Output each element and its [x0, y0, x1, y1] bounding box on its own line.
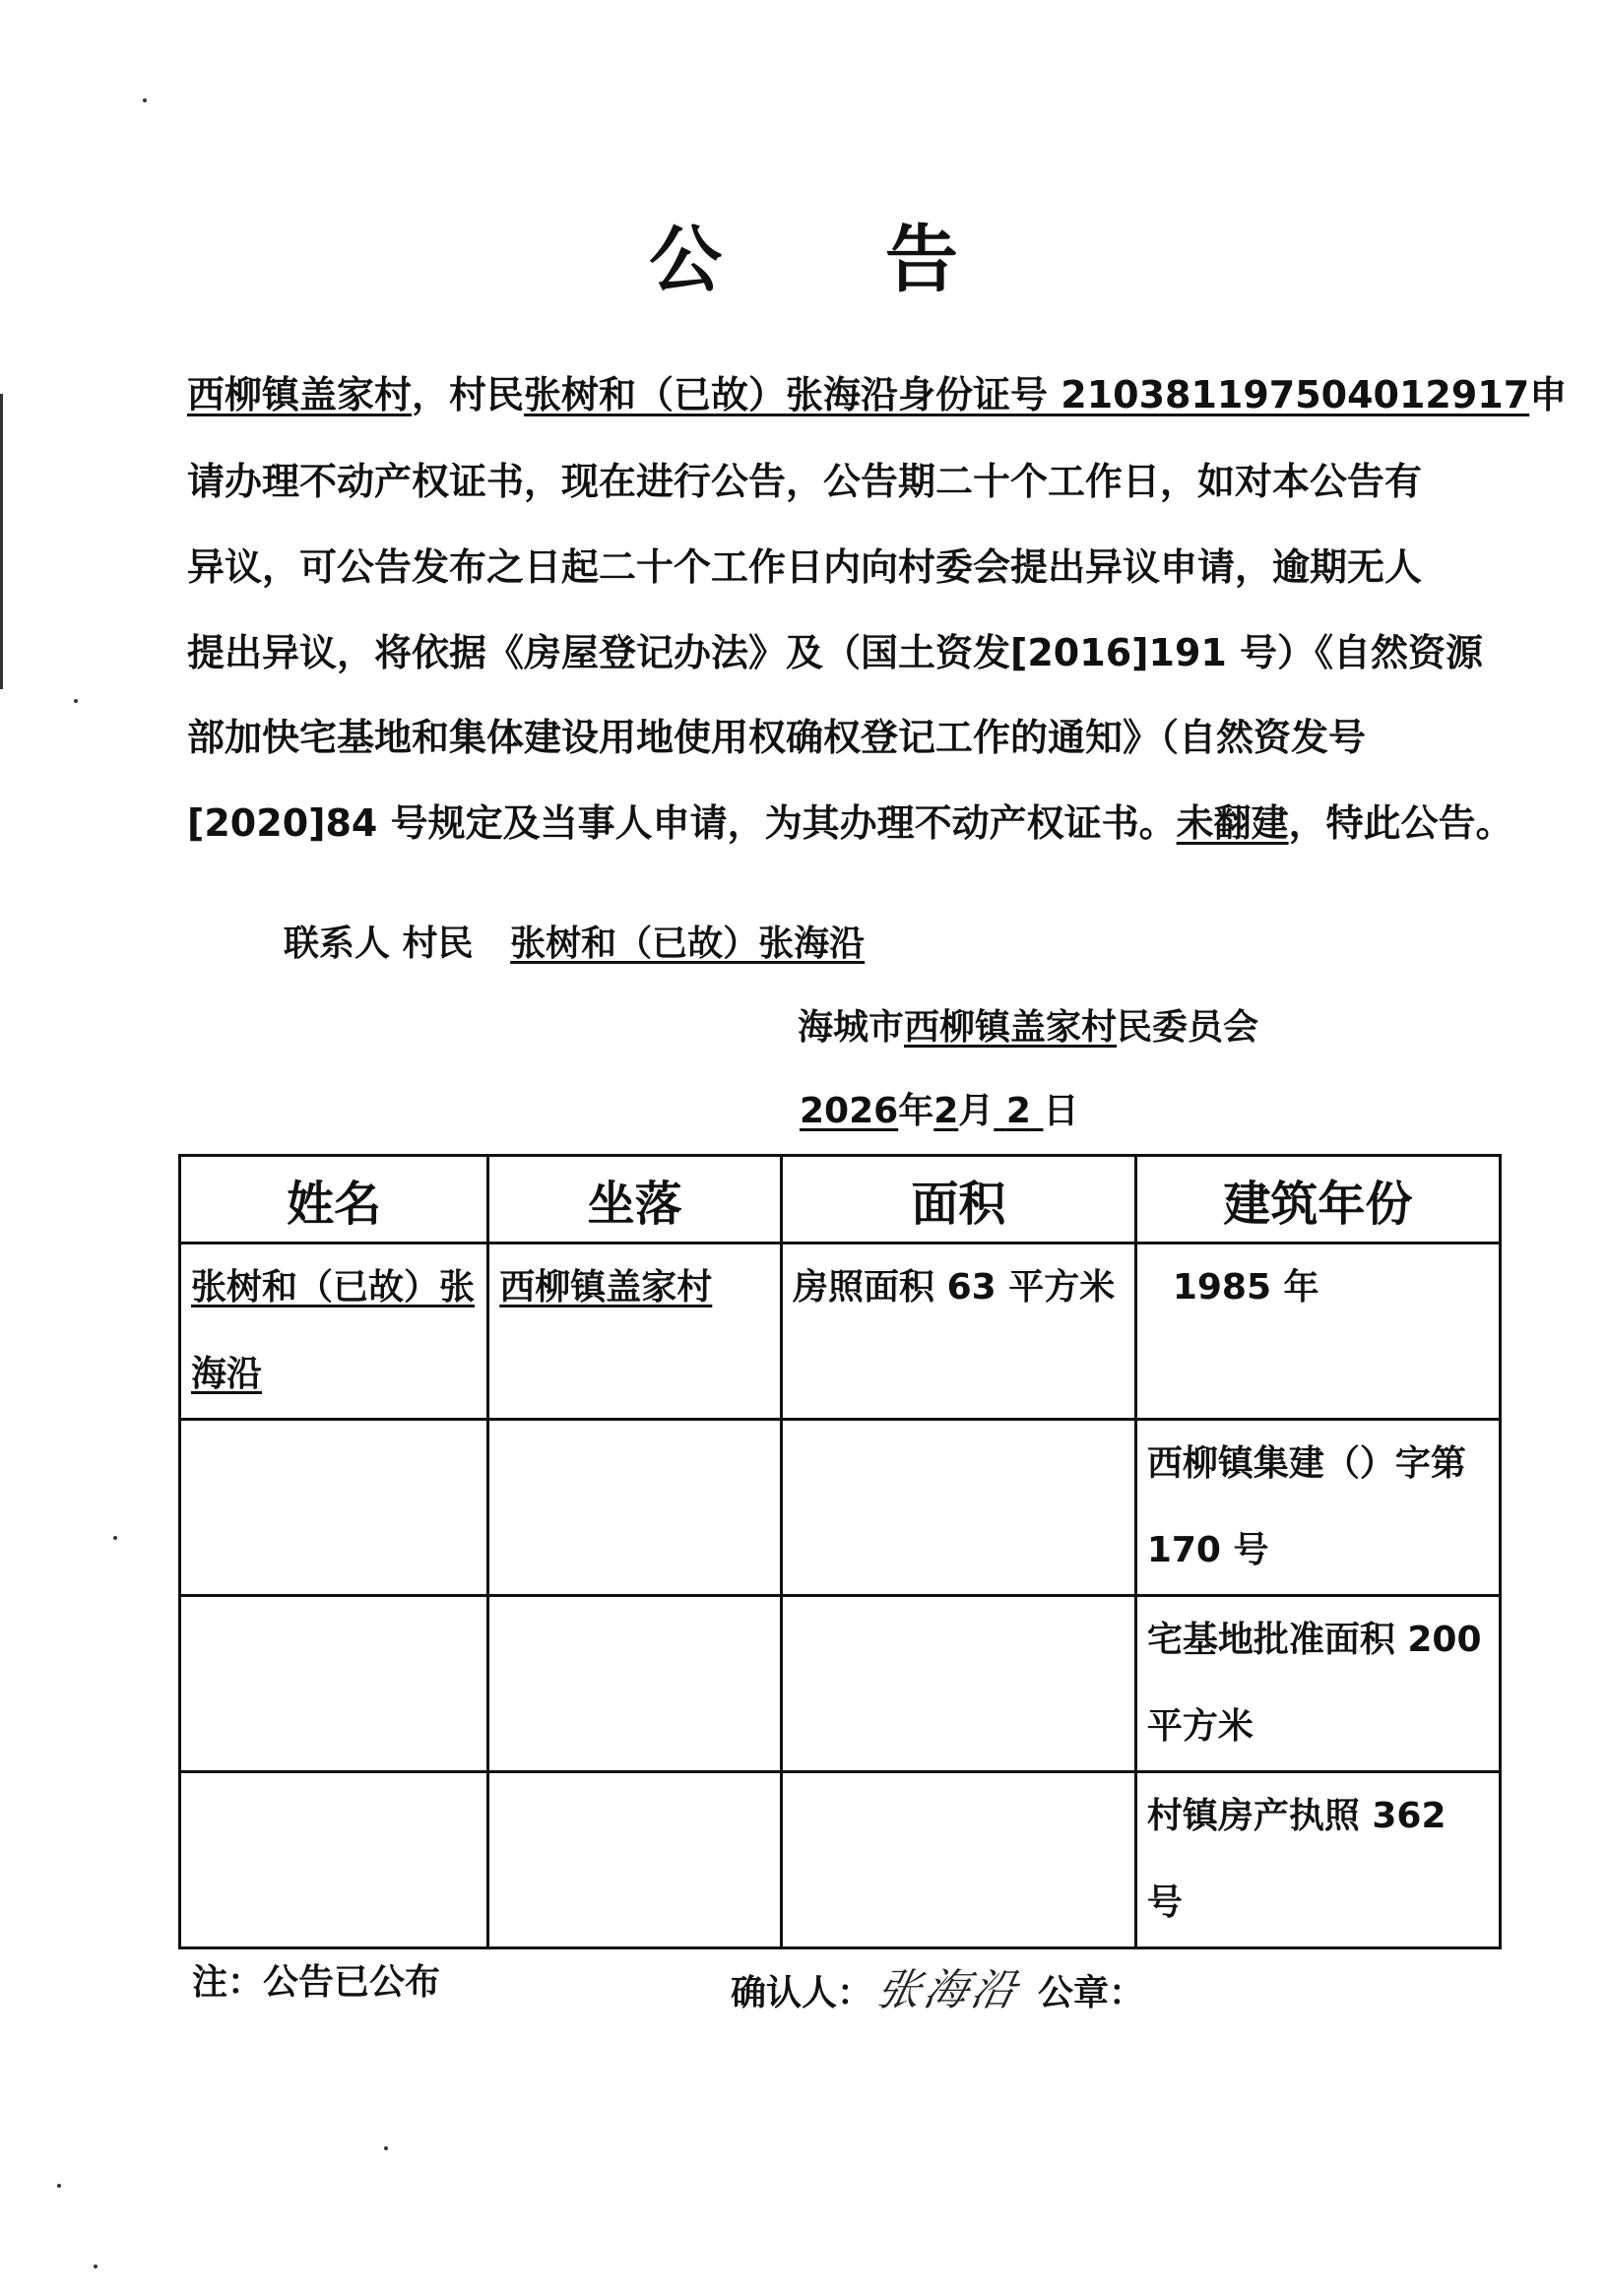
scan-speck [74, 699, 78, 703]
cell-area: 房照面积 63 平方米 [782, 1244, 1136, 1420]
signature: 张海沿 [871, 1954, 1027, 2017]
scan-speck [384, 2146, 388, 2150]
scan-edge-line [0, 394, 3, 689]
cell-house-license: 村镇房产执照 362 号 [1135, 1772, 1500, 1948]
body-line-5: 部加快宅基地和集体建设用地使用权确权登记工作的通知》（自然资发号 [187, 707, 1366, 761]
body-line-4: 提出异议，将依据《房屋登记办法》及（国土资发[2016]191 号）《自然资源 [187, 622, 1483, 676]
issuer: 海城市西柳镇盖家村民委员会 [798, 999, 1258, 1050]
header-name: 姓名 [180, 1156, 488, 1244]
footer-note: 注：公告已公布 [192, 1954, 440, 2005]
confirmation: 确认人：张海沿公章： [731, 1954, 1144, 2017]
registration-table: 姓名 坐落 面积 建筑年份 张树和（已故）张海沿 西柳镇盖家村 房照面积 63 … [178, 1154, 1502, 1949]
header-build-year: 建筑年份 [1135, 1156, 1500, 1244]
confirm-label: 确认人： [731, 1973, 872, 2013]
village-name: 西柳镇盖家村 [187, 373, 412, 416]
table-row: 西柳镇集建（）字第 170 号 [180, 1420, 1501, 1596]
cell-collective-build-no: 西柳镇集建（）字第 170 号 [1135, 1420, 1500, 1596]
contact-line: 联系人 村民 张树和（已故）张海沿 [284, 916, 865, 966]
table-row: 村镇房产执照 362 号 [180, 1772, 1501, 1948]
table-row: 宅基地批准面积 200 平方米 [180, 1596, 1501, 1772]
seal-label: 公章： [1038, 1973, 1144, 2013]
table-header-row: 姓名 坐落 面积 建筑年份 [180, 1156, 1501, 1244]
scan-speck [57, 2184, 61, 2188]
cell-location: 西柳镇盖家村 [499, 1267, 712, 1307]
header-area: 面积 [782, 1156, 1136, 1244]
body-line-3: 异议，可公告发布之日起二十个工作日内向村委会提出异议申请，逾期无人 [187, 537, 1422, 591]
table-row: 张树和（已故）张海沿 西柳镇盖家村 房照面积 63 平方米 1985 年 [180, 1244, 1501, 1420]
page-title: 公 告 [0, 202, 1607, 306]
cell-build-year: 1985 年 [1135, 1244, 1500, 1420]
status-text: 未翻建 [1177, 801, 1289, 845]
contact-label: 联系人 村民 [284, 924, 474, 964]
cell-name: 张树和（已故）张海沿 [191, 1267, 475, 1394]
body-line-2: 请办理不动产权证书，现在进行公告，公告期二十个工作日，如对本公告有 [187, 451, 1422, 505]
issue-date: 2026年2月 2 日 [800, 1083, 1078, 1133]
scan-speck [94, 2264, 97, 2268]
header-location: 坐落 [488, 1156, 782, 1244]
body-line-1: 西柳镇盖家村，村民张树和（已故）张海沿身份证号 2103811975040129… [187, 364, 1567, 418]
applicant-info: 张树和（已故）张海沿身份证号 210381197504012917 [524, 373, 1529, 416]
body-line-6: [2020]84 号规定及当事人申请，为其办理不动产权证书。未翻建，特此公告。 [187, 793, 1513, 847]
scan-speck [143, 98, 147, 102]
contact-name: 张树和（已故）张海沿 [510, 924, 865, 964]
cell-homestead-area: 宅基地批准面积 200 平方米 [1135, 1596, 1500, 1772]
scan-speck [113, 1536, 117, 1540]
